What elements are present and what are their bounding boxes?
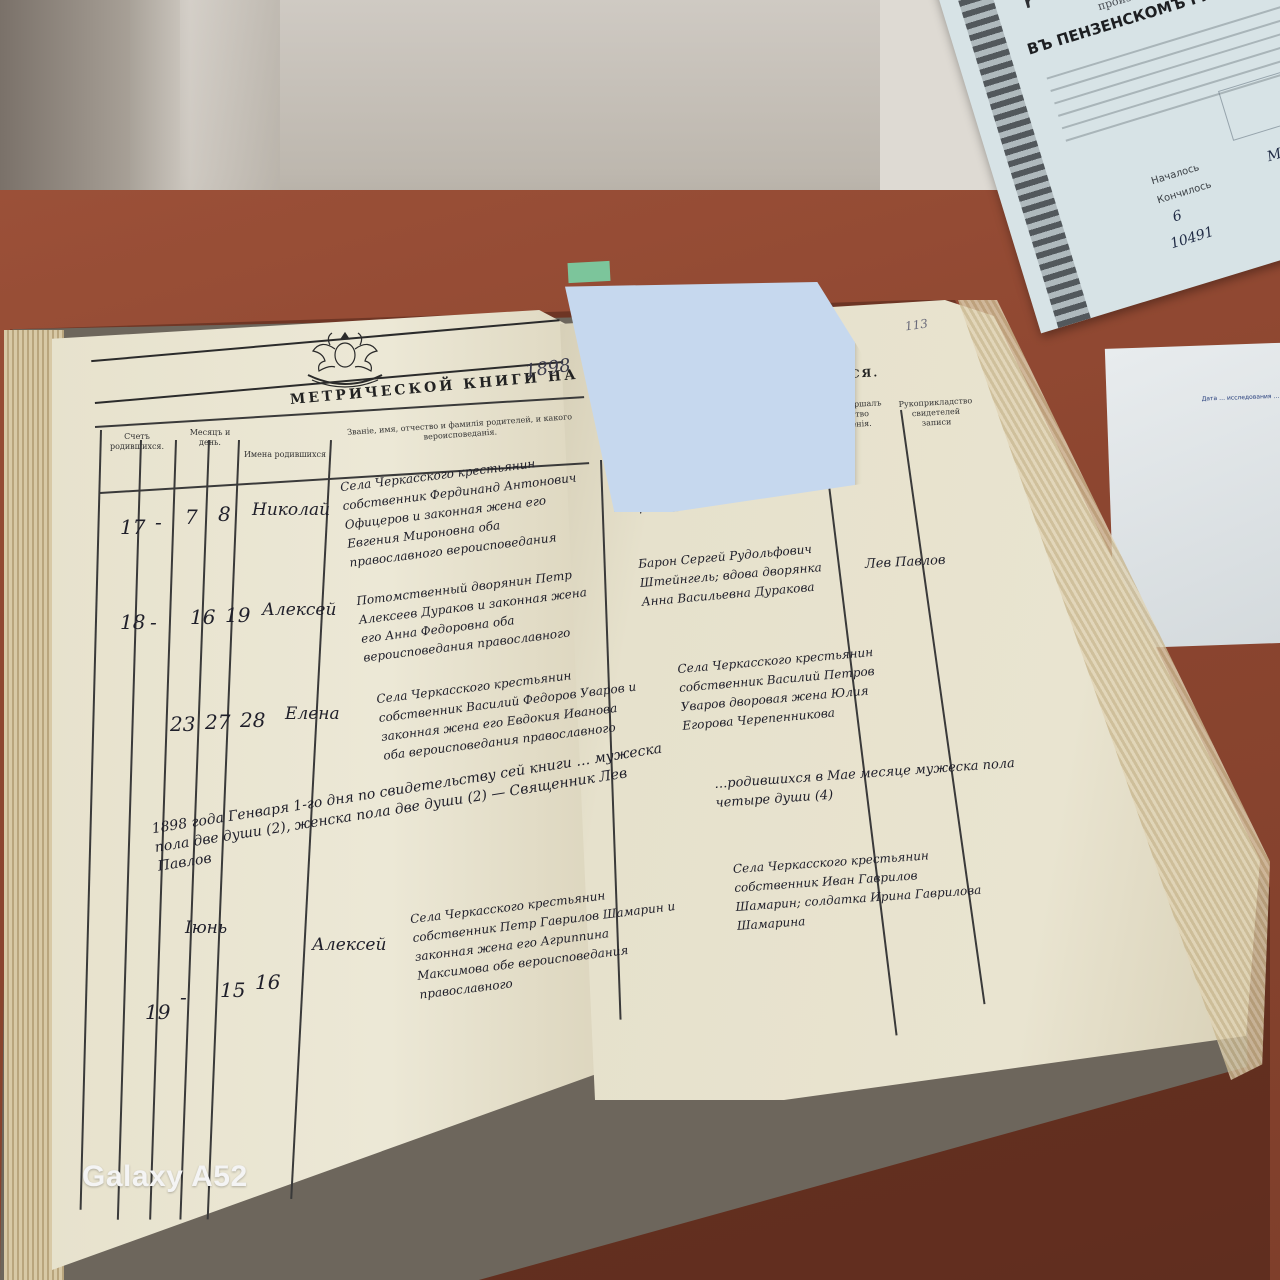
entry-4-name: Алексей	[312, 935, 386, 955]
month-label: Іюнь	[185, 918, 227, 938]
entry-2-baptized: 19	[225, 603, 250, 627]
green-bookmark-tab	[568, 261, 611, 283]
entry-4-female-no: -	[180, 985, 187, 1009]
entry-3-baptized: 28	[240, 708, 265, 732]
entry-3-born: 27	[205, 710, 230, 734]
entry-2-male-no: 18	[120, 610, 145, 634]
field-number: 6	[1171, 208, 1184, 226]
entry-1-baptized: 8	[218, 502, 231, 526]
entry-2-born: 16	[190, 605, 215, 629]
photo-scene: ДѢЛО производящееся ВЪ ПЕНЗЕНСКОМЪ ГУБЕР…	[0, 0, 1280, 1280]
entry-3-name: Елена	[285, 704, 340, 724]
entry-3-female-no: 23	[170, 712, 195, 736]
field-month: Мая	[1265, 141, 1280, 166]
entry-4-born: 15	[220, 978, 245, 1002]
entry-1-female-no: -	[155, 510, 162, 534]
col-count-group: Счетъ родившихся.	[102, 432, 172, 452]
entry-1-born: 7	[185, 505, 198, 529]
entry-2-female-no: -	[150, 610, 157, 634]
entry-1-name: Николай	[252, 500, 330, 520]
entry-4-male-no: 19	[145, 1000, 170, 1024]
col-name: Имена родившихся	[240, 450, 330, 460]
entry-2-name: Алексей	[262, 600, 336, 620]
folder-stamp: Дата … исследования …	[1202, 393, 1280, 404]
field-id: 10491	[1168, 224, 1215, 252]
entry-1-male-no: 17	[120, 515, 145, 539]
col-date-group: Месяцъ и день.	[180, 428, 240, 448]
camera-watermark: Galaxy A52	[82, 1160, 248, 1194]
col-witnesses: Рукоприкладство свидетелей записи	[895, 396, 976, 430]
blue-paper-slip	[565, 282, 855, 512]
entry-4-baptized: 16	[255, 970, 280, 994]
